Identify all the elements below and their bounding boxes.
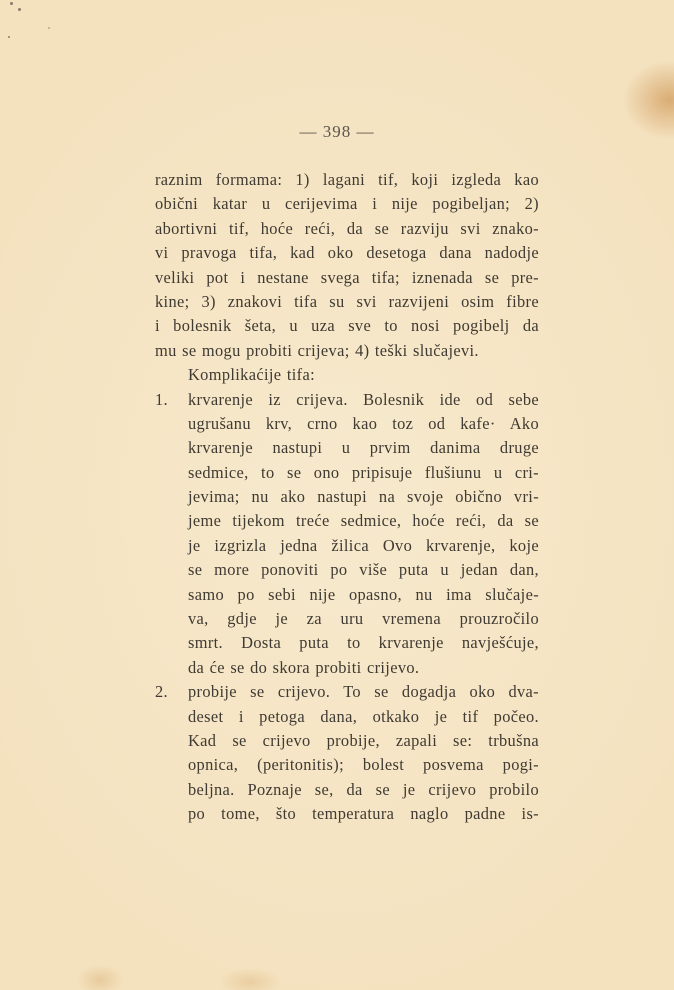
text-line: deset i petoga dana, otkako je tif počeo… <box>188 705 539 729</box>
text-line: krvarenje iz crijeva. Bolesnik ide od se… <box>188 388 539 412</box>
intro-paragraph: raznim formama: 1) lagani tif, koji izgl… <box>155 168 539 363</box>
text-line: krvarenje nastupi u prvim danima druge <box>188 436 539 460</box>
item-number: 2. <box>155 680 168 704</box>
text-line: jevima; nu ako nastupi na svoje obično v… <box>188 485 539 509</box>
text-line: Kad se crijevo probije, zapali se: trbuš… <box>188 729 539 753</box>
text-line: beljna. Poznaje se, da se je crijevo pro… <box>188 778 539 802</box>
text-line: veliki pot i nestane svega tifa; iznenad… <box>155 266 539 290</box>
text-line: opnica, (peritonitis); bolest posvema po… <box>188 753 539 777</box>
text-line: jeme tijekom treće sedmice, hoće reći, d… <box>188 509 539 533</box>
text-line: je izgrizla jedna žilica Ovo krvarenje, … <box>188 534 539 558</box>
text-line: se more ponoviti po više puta u jedan da… <box>188 558 539 582</box>
paper-speck <box>8 36 10 38</box>
text-line: ugrušanu krv, crno kao toz od kafe· Ako <box>188 412 539 436</box>
text-line: obični katar u cerijevima i nije pogibel… <box>155 192 539 216</box>
paper-speck <box>48 27 50 29</box>
text-line: kine; 3) znakovi tifa su svi razvijeni o… <box>155 290 539 314</box>
text-line: vi pravoga tifa, kad oko desetoga dana n… <box>155 241 539 265</box>
text-line: abortivni tif, hoće reći, da se razviju … <box>155 217 539 241</box>
text-line: smrt. Dosta puta to krvarenje navješćuje… <box>188 631 539 655</box>
text-line: mu se mogu probiti crijeva; 4) teški slu… <box>155 339 539 363</box>
page-number: — 398 — <box>0 122 674 142</box>
paper-speck <box>10 2 13 5</box>
text-line: raznim formama: 1) lagani tif, koji izgl… <box>155 168 539 192</box>
text-line: da će se do skora probiti crijevo. <box>188 656 539 680</box>
text-line: va, gdje je za uru vremena prouzročilo <box>188 607 539 631</box>
text-line: samo po sebi nije opasno, nu ima slučaje… <box>188 583 539 607</box>
paper-speck <box>18 8 21 11</box>
section-heading: Komplikaćije tifa: <box>155 363 539 387</box>
page-body: raznim formama: 1) lagani tif, koji izgl… <box>155 168 539 827</box>
text-line: po tome, što temperatura naglo padne is- <box>188 802 539 826</box>
item-number: 1. <box>155 388 168 412</box>
text-line: probije se crijevo. To se dogadja oko dv… <box>188 680 539 704</box>
complication-item-2: 2. probije se crijevo. To se dogadja oko… <box>155 680 539 826</box>
scanned-book-page: — 398 — raznim formama: 1) lagani tif, k… <box>0 0 674 990</box>
text-line: i bolesnik šeta, u uza sve to nosi pogib… <box>155 314 539 338</box>
text-line: sedmice, to se ono pripisuje flušiunu u … <box>188 461 539 485</box>
complication-item-1: 1. krvarenje iz crijeva. Bolesnik ide od… <box>155 388 539 681</box>
